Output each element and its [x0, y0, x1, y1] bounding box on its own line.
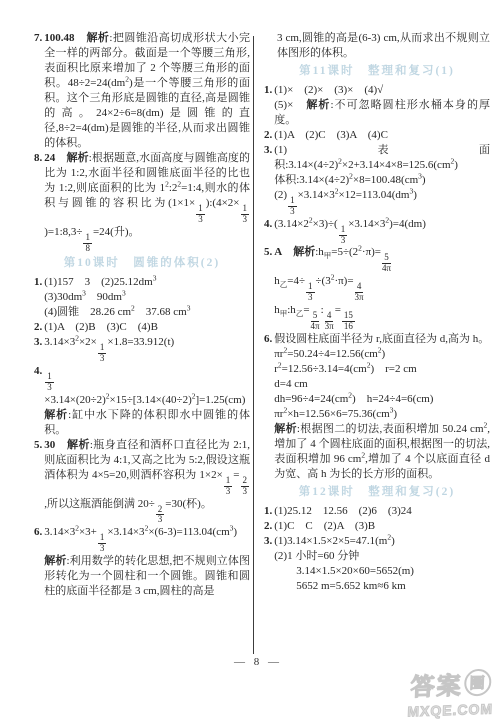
answer-item: 2.(1)A (2)C (3)A (4)C [264, 128, 490, 143]
fraction: 54π [382, 253, 391, 274]
fraction: 23 [156, 505, 165, 526]
fraction: 43π [355, 282, 364, 303]
item-body: (3.14×22×3)÷(13×3.14×32)=4(dm) [274, 217, 490, 246]
fraction: 13 [339, 225, 348, 246]
answer-item: 4.(3.14×22×3)÷(13×3.14×32)=4(dm) [264, 217, 490, 246]
answer-item: 3.(1)表面积:3.14×(4÷2)2×2+3.14×4×8=125.6(cm… [264, 143, 490, 217]
item-label: 1. [264, 83, 272, 98]
watermark-circle-icon: 圈 [464, 669, 492, 697]
item-body: 100.48 解析:把圆锥沿高切成形状大小完全一样的两部分。截面是一个等腰三角形… [44, 31, 250, 151]
fraction: 23 [241, 476, 250, 497]
answer-item: 8.24 解析:根据题意,水面高度与圆锥高度的比为 1:2,水面半径和圆锥底面半… [34, 151, 250, 253]
answer-item: 7.100.48 解析:把圆锥沿高切成形状大小完全一样的两部分。截面是一个等腰三… [34, 31, 250, 151]
item-body: (1)3.14×1.5×2×5=47.1(m2)(2)1 小时=60 分钟 3.… [274, 534, 490, 594]
section-header: 第11课时 整理和复习(1) [264, 64, 490, 79]
item-label: 5. [34, 438, 42, 453]
watermark-site-text: MXQE.COM [407, 701, 493, 720]
answer-book-page: 7.100.48 解析:把圆锥沿高切成形状大小完全一样的两部分。截面是一个等腰三… [0, 0, 500, 720]
item-label: 4. [264, 217, 272, 232]
item-label: 1. [264, 504, 272, 519]
fraction: 13 [98, 343, 107, 364]
fraction: 13 [288, 196, 297, 217]
continuation-text: 3 cm,圆锥的高是(6-3) cm,从而求出不规则立体图形的体积。 [264, 31, 490, 61]
answer-item: 1.(1)25.12 12.56 (2)6 (3)24 [264, 504, 490, 519]
answer-item: 4.13×3.14×(20÷2)2×15÷[3.14×(40÷2)2]=1.25… [34, 364, 250, 438]
column-divider-line [253, 36, 254, 654]
fraction: 1516 [342, 311, 355, 332]
left-column: 7.100.48 解析:把圆锥沿高切成形状大小完全一样的两部分。截面是一个等腰三… [34, 31, 250, 599]
answer-item: 5.30 解析:瓶身直径和酒杯口直径比为 2:1,则底面积比为 4:1,又高之比… [34, 438, 250, 525]
answer-item: 1.(1)157 3 (2)25.12dm3(3)30dm3 90dm3(4)圆… [34, 275, 250, 320]
item-body: (1)× (2)× (3)× (4)√(5)× 解析:不可忽略圆柱形水桶本身的厚… [274, 83, 490, 128]
item-body: 假设圆柱底面半径为 r,底面直径为 d,高为 h。πr2=50.24÷4=12.… [274, 332, 490, 482]
item-label: 6. [264, 332, 272, 347]
item-label: 5. [264, 245, 272, 260]
fraction: 13 [306, 282, 315, 303]
item-body: 13×3.14×(20÷2)2×15÷[3.14×(40÷2)2]=1.25(c… [44, 364, 250, 438]
item-label: 3. [34, 335, 42, 350]
item-label: 1. [34, 275, 42, 290]
item-label: 4. [34, 364, 42, 379]
item-label: 2. [264, 128, 272, 143]
item-label: 2. [264, 519, 272, 534]
answer-item: 6.假设圆柱底面半径为 r,底面直径为 d,高为 h。πr2=50.24÷4=1… [264, 332, 490, 482]
fraction: 13 [241, 204, 250, 225]
item-body: (1)C C (2)A (3)B [274, 519, 490, 534]
fraction: 13 [45, 372, 54, 393]
section-header: 第10课时 圆锥的体积(2) [34, 256, 250, 271]
item-label: 7. [34, 31, 42, 46]
watermark-brand-text: 答案 [410, 666, 463, 703]
answer-item: 3.3.14×32×2×13×1.8=33.912(t) [34, 335, 250, 364]
item-body: (1)157 3 (2)25.12dm3(3)30dm3 90dm3(4)圆锥 … [44, 275, 250, 320]
item-body: 30 解析:瓶身直径和酒杯口直径比为 2:1,则底面积比为 4:1,又高之比为 … [44, 438, 250, 525]
item-body: 24 解析:根据题意,水面高度与圆锥高度的比为 1:2,水面半径和圆锥底面半径的… [44, 151, 250, 253]
section-header: 第12课时 整理和复习(2) [264, 485, 490, 500]
fraction: 13 [224, 476, 233, 497]
item-label: 2. [34, 320, 42, 335]
item-body: 3.14×32×2×13×1.8=33.912(t) [44, 335, 250, 364]
answer-item: 3.(1)3.14×1.5×2×5=47.1(m2)(2)1 小时=60 分钟 … [264, 534, 490, 594]
watermark: 答案 圈 MXQE.COM [407, 664, 495, 719]
item-label: 3. [264, 143, 272, 158]
answer-item: 2.(1)C C (2)A (3)B [264, 519, 490, 534]
answer-item: 5.A 解析:h甲=5÷(22·π)=54πh乙=4÷13÷(32·π)=43π… [264, 245, 490, 331]
item-body: (1)25.12 12.56 (2)6 (3)24 [274, 504, 490, 519]
item-label: 3. [264, 534, 272, 549]
right-column: 3 cm,圆锥的高是(6-3) cm,从而求出不规则立体图形的体积。第11课时 … [264, 31, 490, 594]
item-body: (1)表面积:3.14×(4÷2)2×2+3.14×4×8=125.6(cm2)… [274, 143, 490, 217]
item-label: 6. [34, 525, 42, 540]
answer-item: 2.(1)A (2)B (3)C (4)B [34, 320, 250, 335]
watermark-logo: 答案 圈 [408, 664, 495, 702]
answer-item: 1.(1)× (2)× (3)× (4)√(5)× 解析:不可忽略圆柱形水桶本身… [264, 83, 490, 128]
fraction: 43π [325, 311, 334, 332]
answer-item: 6.3.14×32×3+13×3.14×32×(6-3)=113.04(cm3)… [34, 525, 250, 599]
item-body: (1)A (2)C (3)A (4)C [274, 128, 490, 143]
fraction: 13 [98, 533, 107, 554]
fraction: 54π [311, 311, 320, 332]
item-body: A 解析:h甲=5÷(22·π)=54πh乙=4÷13÷(32·π)=43πh甲… [274, 245, 490, 331]
item-label: 8. [34, 151, 42, 166]
fraction: 13 [196, 204, 205, 225]
item-body: 3.14×32×3+13×3.14×32×(6-3)=113.04(cm3)解析… [44, 525, 250, 599]
fraction: 18 [83, 233, 92, 254]
